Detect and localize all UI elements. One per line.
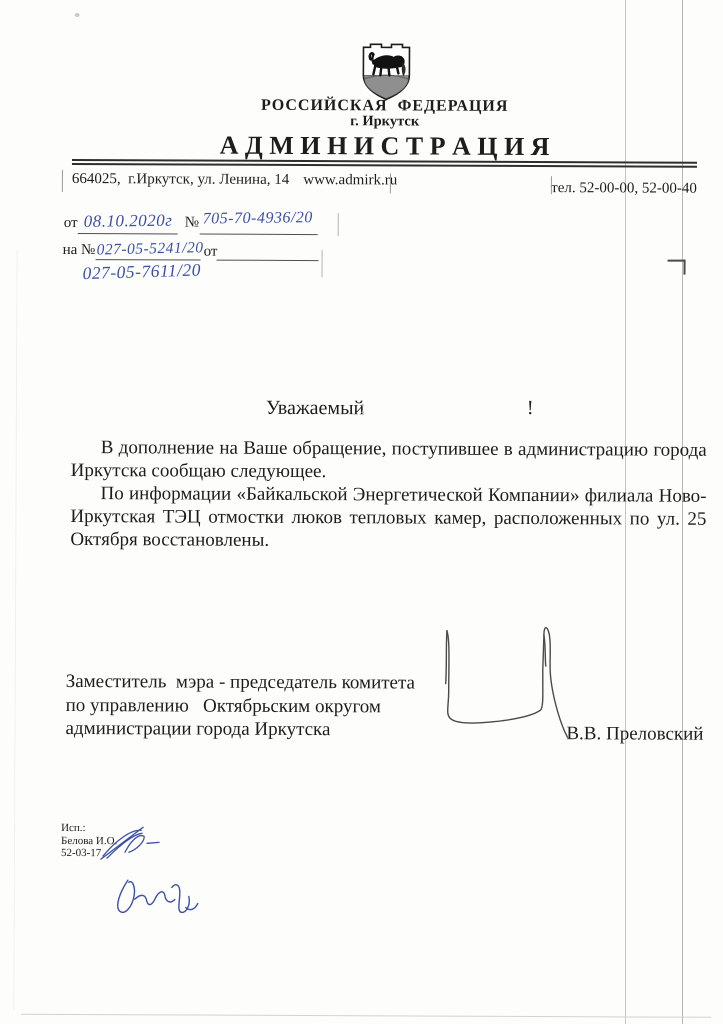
salutation: Уважаемый xyxy=(266,397,364,420)
outgoing-number-handwritten: 705-70-4936/20 xyxy=(203,209,313,228)
form-tick xyxy=(338,213,339,236)
phone-line: тел. 52-00-00, 52-00-40 xyxy=(72,178,697,198)
scan-speck xyxy=(75,13,80,17)
corner-mark xyxy=(684,260,686,275)
ref-number-sign: № xyxy=(185,214,199,231)
form-tick xyxy=(321,250,322,277)
letter-body: В дополнение на Ваше обращение, поступив… xyxy=(70,436,706,554)
executor-signature xyxy=(102,866,202,921)
scanned-letter-page: РОССИЙСКАЯ ФЕДЕРАЦИЯ г. Иркутск А Д М И … xyxy=(0,0,723,1024)
irkutsk-coat-of-arms-icon xyxy=(360,41,412,101)
form-tick xyxy=(551,176,552,194)
body-paragraph-2: По информации «Байкальской Энергетическо… xyxy=(70,482,706,554)
signer-signature xyxy=(432,614,578,745)
left-edge-smudge xyxy=(13,250,17,1010)
organization-title: А Д М И Н И С Т Р А Ц И Я xyxy=(72,130,697,163)
city-name: г. Иркутск xyxy=(72,112,697,132)
form-tick xyxy=(62,170,63,192)
additional-number-handwritten: 027-05-7611/20 xyxy=(82,260,201,285)
position-line-2: по управлению Октябрьским округом xyxy=(66,693,415,718)
incoming-number-handwritten: 027-05-5241/20 xyxy=(96,239,203,259)
incoming-date-underline-empty xyxy=(217,259,319,261)
ref-incoming-label: на № xyxy=(63,242,96,259)
redaction-artifact: : xyxy=(360,396,366,419)
ref-from-label: от xyxy=(64,215,78,232)
form-tick xyxy=(390,173,391,193)
executor-paraph xyxy=(95,820,165,868)
bottom-scan-line xyxy=(21,1014,711,1018)
ref-incoming-from-label: от xyxy=(204,244,218,261)
number-field-underline xyxy=(200,233,318,236)
body-paragraph-1: В дополнение на Ваше обращение, поступив… xyxy=(71,436,707,485)
position-line-1: Заместитель мэра - председатель комитета xyxy=(66,670,415,695)
outgoing-date-handwritten: 08.10.2020г xyxy=(84,211,173,232)
salutation-exclamation: ! xyxy=(527,397,534,420)
date-field-underline xyxy=(78,232,178,234)
signer-name: В.В. Преловский xyxy=(69,721,703,746)
